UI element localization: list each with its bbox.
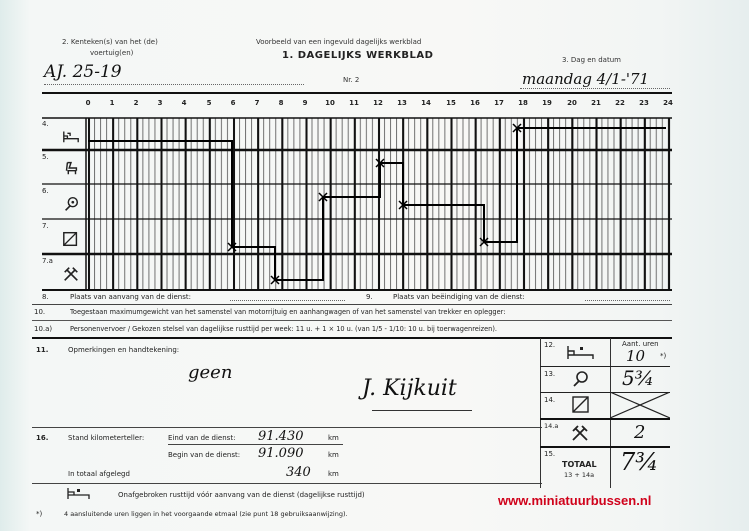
row-12-number: 12. xyxy=(544,341,555,349)
field-10a-label: Personenvervoer / Gekozen stelsel van da… xyxy=(70,325,497,333)
diagonal-square-icon xyxy=(572,396,590,414)
activity-grid xyxy=(0,0,749,300)
other-work-hours-value: 2 xyxy=(634,422,645,443)
begin-of-service-label: Begin van de dienst: xyxy=(168,451,240,459)
field-10-number: 10. xyxy=(34,308,45,316)
field-16-number: 16. xyxy=(36,434,48,442)
diagonal-square-icon xyxy=(62,231,80,247)
driving-hours-value: 5¾ xyxy=(622,366,654,390)
row-number-rest: 4. xyxy=(42,120,49,128)
row-number-other-work: 7.a xyxy=(42,257,53,265)
rest-hours-value: 10 xyxy=(626,347,645,365)
odometer-label: Stand kilometerteller: xyxy=(68,434,144,442)
crossed-out-cell xyxy=(610,392,670,418)
watermark-link[interactable]: www.miniatuurbussen.nl xyxy=(498,493,651,508)
rest-note: Onafgebroken rusttijd vóór aanvang van d… xyxy=(118,491,365,499)
row-15-number: 15. xyxy=(544,450,555,458)
steering-wheel-icon xyxy=(570,370,590,388)
worksheet-page: 2. Kenteken(s) van het (de) voertuig(en)… xyxy=(0,0,749,531)
row-number-driving: 6. xyxy=(42,187,49,195)
signature: J. Kijkuit xyxy=(362,376,457,401)
km-unit-total: km xyxy=(328,470,339,478)
row-14a-number: 14.a xyxy=(544,422,558,431)
row-14-number: 14. xyxy=(544,396,555,404)
field-10-label: Toegestaan maximumgewicht van het samens… xyxy=(70,308,505,316)
field-8-number: 8. xyxy=(42,293,49,301)
footnote: 4 aansluitende uren liggen in het voorga… xyxy=(64,510,348,518)
crossed-hammers-icon xyxy=(570,424,590,442)
bed-icon xyxy=(62,128,80,144)
row-number-available: 5. xyxy=(42,153,49,161)
total-distance-label: In totaal afgelegd xyxy=(68,470,130,478)
summary-table: 12. Aant. uren 10 *) 13. 5¾ 14. 14.a 2 1… xyxy=(540,338,670,490)
total-label: TOTAAL xyxy=(562,460,597,469)
start-location-field[interactable] xyxy=(230,300,345,301)
km-unit-begin: km xyxy=(328,451,339,459)
end-of-service-label: Eind van de dienst: xyxy=(168,434,235,442)
footnote-mark: *) xyxy=(36,510,42,518)
row-13-number: 13. xyxy=(544,370,555,378)
field-10a-number: 10.a) xyxy=(34,325,52,333)
seat-icon xyxy=(62,160,80,176)
field-11-label: Opmerkingen en handtekening: xyxy=(68,346,179,354)
rest-hours-footnote-mark: *) xyxy=(660,352,666,360)
total-formula: 13 + 14a xyxy=(564,471,594,479)
field-9-label: Plaats van beëindiging van de dienst: xyxy=(393,293,525,301)
field-11-number: 11. xyxy=(36,346,48,354)
total-hours-value: 7¾ xyxy=(620,448,659,476)
field-9-number: 9. xyxy=(366,293,373,301)
rest-bed-icon xyxy=(66,486,92,500)
field-8-label: Plaats van aanvang van de dienst: xyxy=(70,293,191,301)
end-location-field[interactable] xyxy=(585,300,670,301)
crossed-hammers-icon xyxy=(62,266,80,282)
steering-wheel-icon xyxy=(62,196,80,212)
rest-bed-icon xyxy=(566,344,596,360)
km-unit-end: km xyxy=(328,434,339,442)
remarks-value: geen xyxy=(188,362,232,383)
begin-odometer-value: 91.090 xyxy=(258,446,304,461)
row-number-break: 7. xyxy=(42,222,49,230)
end-odometer-value: 91.430 xyxy=(258,429,304,444)
total-distance-value: 340 xyxy=(286,465,311,480)
